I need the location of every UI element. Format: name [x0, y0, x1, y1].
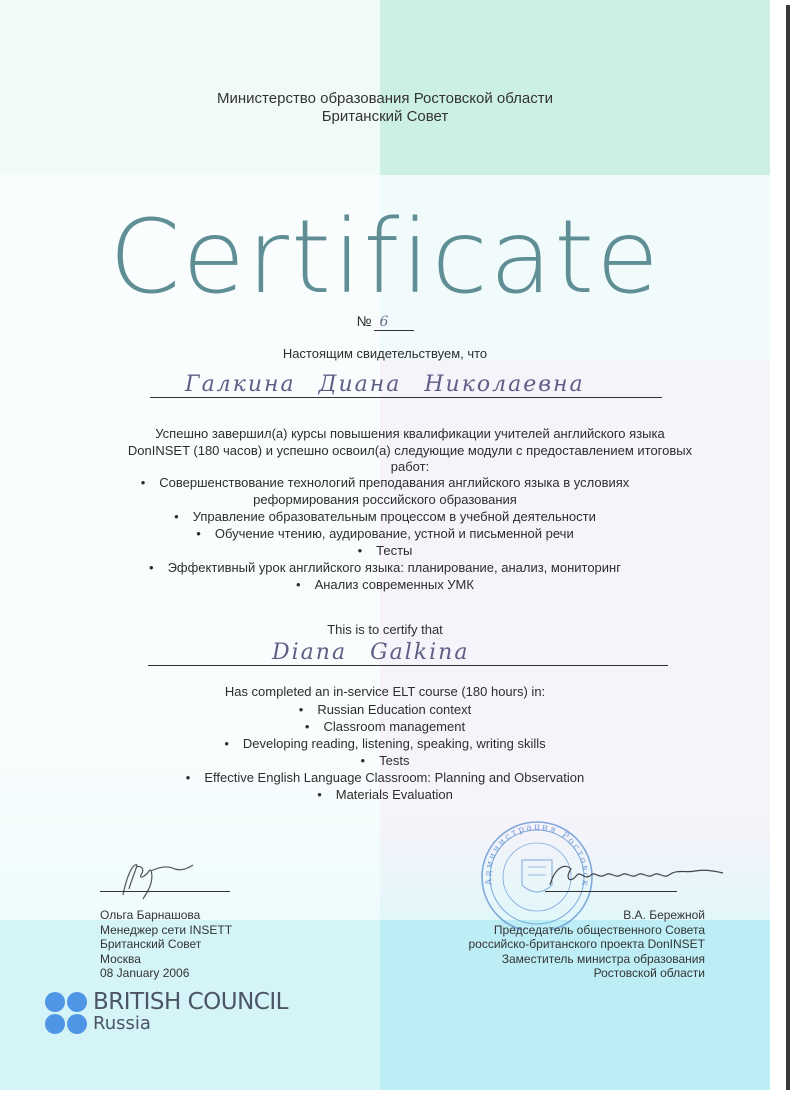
body-russian-line2: DonINSET (180 часов) и успешно освоил(а)… — [100, 443, 720, 460]
modules-english: Russian Education context Classroom mana… — [0, 701, 770, 803]
intro-english: This is to certify that — [0, 622, 770, 637]
module-english: Materials Evaluation — [0, 786, 770, 803]
module-english: Effective English Language Classroom: Pl… — [0, 769, 770, 786]
number-value: 6 — [374, 314, 414, 331]
logo-main-text: BRITISH COUNCIL — [93, 992, 288, 1013]
module-russian: Управление образовательным процессом в у… — [0, 508, 770, 525]
module-english: Developing reading, listening, speaking,… — [0, 735, 770, 752]
signature-right-scribble — [545, 855, 725, 895]
number-label: № — [356, 313, 371, 329]
logo-sub-text: Russia — [93, 1013, 288, 1034]
signatory-right-line3: Заместитель министра образования — [440, 952, 705, 967]
recipient-name-russian: Галкина Диана Николаевна — [185, 372, 585, 397]
module-english: Tests — [0, 752, 770, 769]
background-top-right — [380, 0, 770, 175]
scan-edge — [786, 5, 790, 1090]
signatory-left-city: Москва — [100, 952, 232, 967]
background-top-left — [0, 0, 380, 175]
signatory-left: Ольга Барнашова Менеджер сети INSETT Бри… — [100, 908, 232, 981]
signatory-right: В.А. Бережной Председатель общественного… — [440, 908, 705, 981]
signature-line-right — [545, 890, 677, 892]
signatory-left-organization: Британский Совет — [100, 937, 232, 952]
certificate-title: Certificate — [0, 198, 770, 318]
logo-dots-icon — [45, 992, 87, 1034]
issuing-organizations: Министерство образования Ростовской обла… — [0, 90, 770, 126]
module-english: Russian Education context — [0, 701, 770, 718]
signatory-right-line2: российско-британского проекта DonINSET — [440, 937, 705, 952]
signatory-left-name: Ольга Барнашова — [100, 908, 232, 923]
british-council-logo: BRITISH COUNCIL Russia — [45, 992, 288, 1034]
organization-ministry: Министерство образования Ростовской обла… — [0, 90, 770, 108]
module-russian: Анализ современных УМК — [0, 576, 770, 593]
recipient-name-english: Diana Galkina — [272, 640, 469, 665]
module-russian: Эффективный урок английского языка: план… — [0, 559, 770, 576]
module-russian: Обучение чтению, аудирование, устной и п… — [0, 525, 770, 542]
signatory-right-line4: Ростовской области — [440, 966, 705, 981]
certificate-number: №6 — [0, 313, 770, 331]
organization-british-council: Британский Совет — [0, 108, 770, 126]
module-english: Classroom management — [0, 718, 770, 735]
signature-left-scribble — [115, 855, 195, 900]
module-russian: Тесты — [0, 542, 770, 559]
module-russian: Совершенствование технологий преподавани… — [0, 474, 770, 491]
signatory-right-line1: Председатель общественного Совета — [440, 923, 705, 938]
signature-line-left — [100, 890, 230, 892]
course-description-russian: Успешно завершил(а) курсы повышения квал… — [100, 426, 720, 476]
signatory-right-name: В.А. Бережной — [440, 908, 705, 923]
module-russian-continuation: реформирования российского образования — [0, 491, 770, 508]
intro-russian: Настоящим свидетельствуем, что — [0, 346, 770, 361]
signatory-left-position: Менеджер сети INSETT — [100, 923, 232, 938]
course-description-english: Has completed an in-service ELT course (… — [0, 684, 770, 699]
issue-date: 08 January 2006 — [100, 966, 232, 981]
body-russian-line1: Успешно завершил(а) курсы повышения квал… — [100, 426, 720, 443]
modules-russian: Совершенствование технологий преподавани… — [0, 474, 770, 593]
